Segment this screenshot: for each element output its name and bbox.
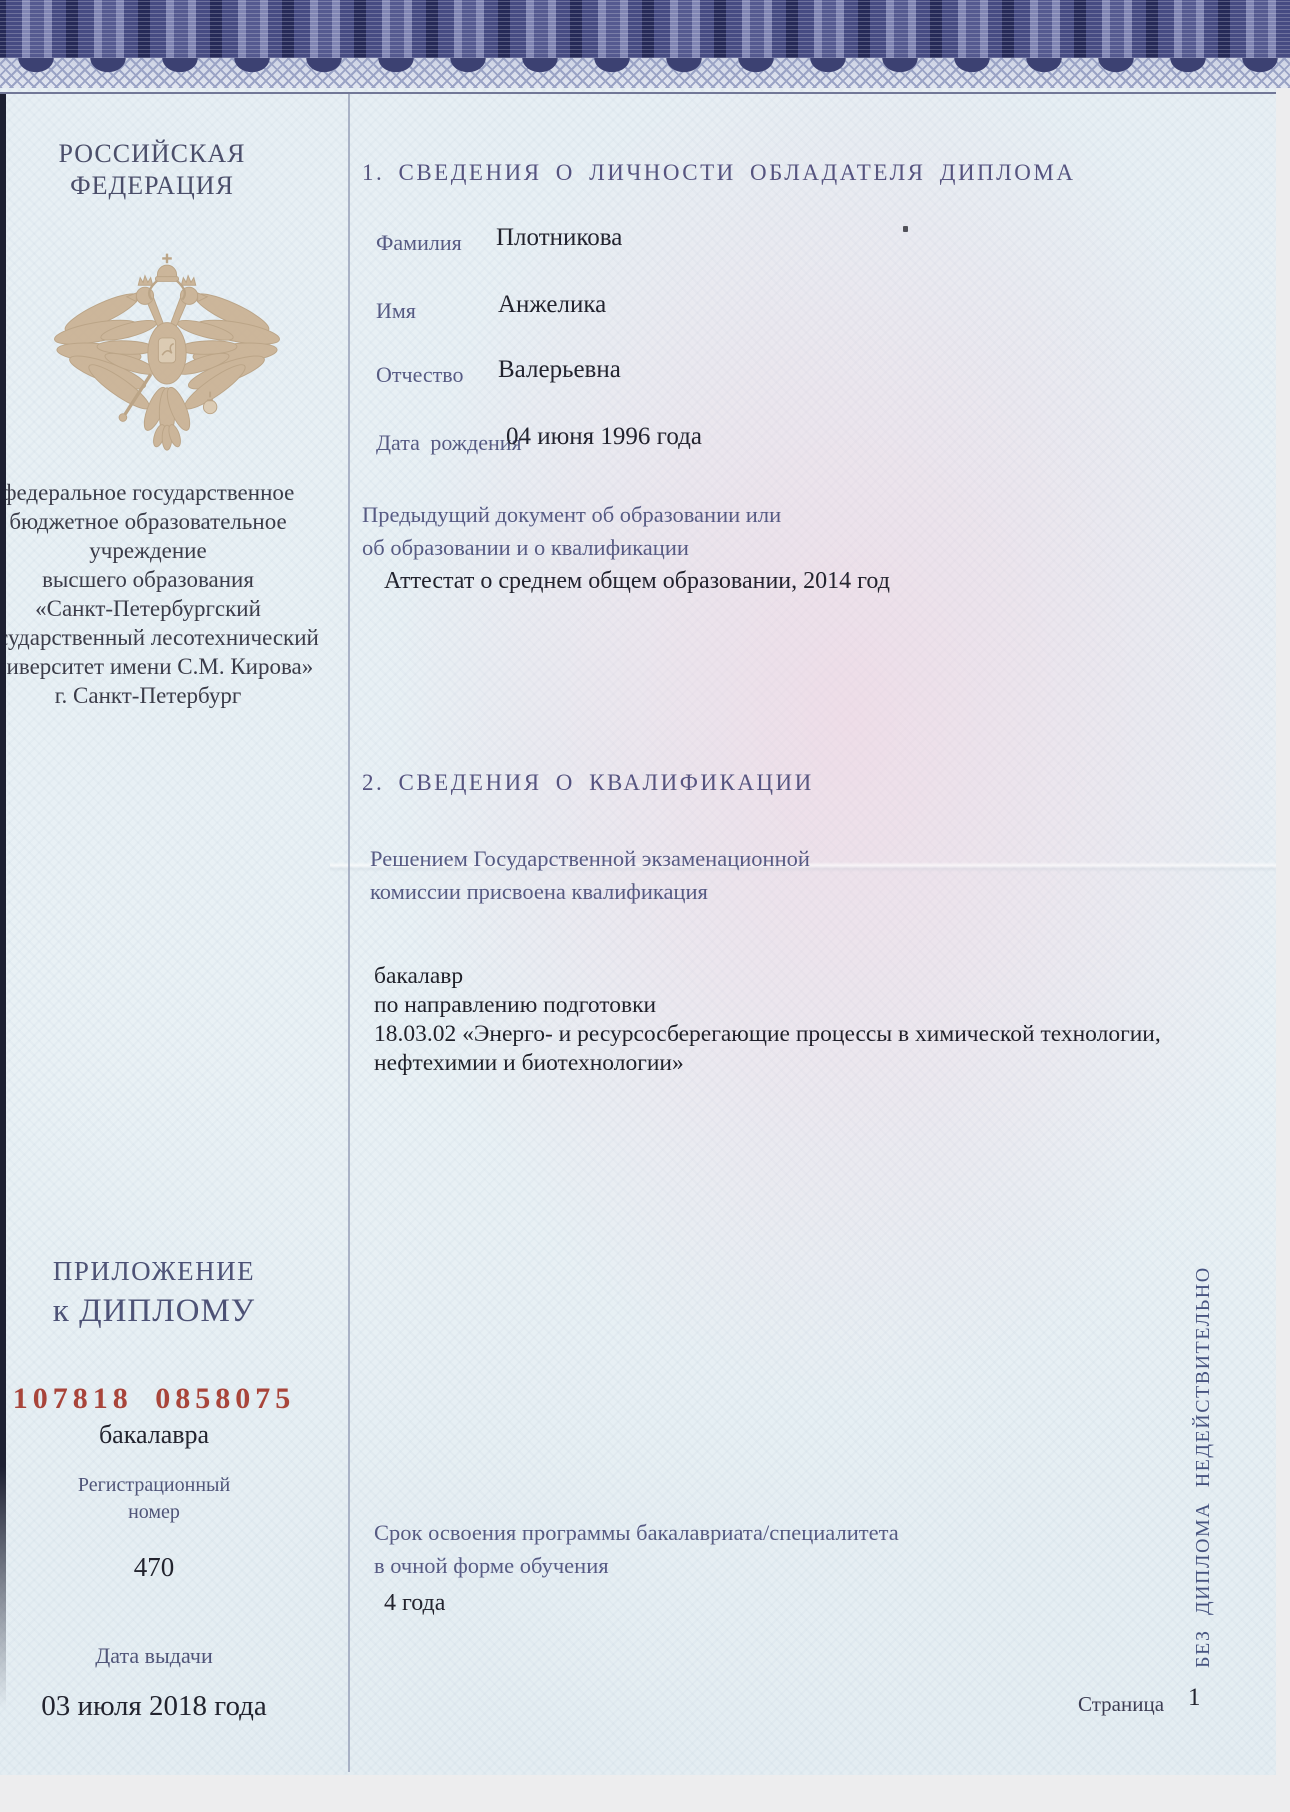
patronymic-label: Отчество	[376, 362, 464, 388]
qualification-program-line2: нефтехимии и биотехнологии»	[374, 1049, 1161, 1078]
supplement-line1: ПРИЛОЖЕНИЕ	[0, 1256, 308, 1287]
blank-number: 107818 0858075	[0, 1382, 308, 1416]
section1-title: 1. СВЕДЕНИЯ О ЛИЧНОСТИ ОБЛАДАТЕЛЯ ДИПЛОМ…	[362, 160, 1075, 186]
country-name: РОССИЙСКАЯ ФЕДЕРАЦИЯ	[0, 138, 304, 202]
issue-date-label: Дата выдачи	[0, 1642, 308, 1669]
diploma-supplement-scan: РОССИЙСКАЯ ФЕДЕРАЦИЯ	[0, 0, 1290, 1812]
reg-label-line1: Регистрационный	[0, 1472, 308, 1499]
country-line2: ФЕДЕРАЦИЯ	[0, 170, 304, 202]
qualification-decision: Решением Государственной экзаменационной…	[370, 842, 810, 908]
russian-coat-of-arms-icon	[52, 236, 282, 461]
page-label: Страница	[1078, 1692, 1164, 1717]
page-number: 1	[1188, 1684, 1201, 1712]
qualification-block: бакалавр по направлению подготовки 18.03…	[374, 962, 1161, 1078]
edge-validity-note: БЕЗ ДИПЛОМА НЕДЕЙСТВИТЕЛЬНО	[1192, 1266, 1215, 1668]
firstname-label: Имя	[376, 298, 416, 324]
institution-line: «Санкт-Петербургский	[0, 594, 348, 623]
column-divider	[348, 94, 350, 1772]
supplement-line2: к ДИПЛОМУ	[0, 1293, 308, 1330]
scan-left-edge	[0, 94, 6, 1709]
decision-line2: комиссии присвоена квалификация	[370, 875, 810, 908]
previous-doc-label-line1: Предыдущий документ об образовании или	[362, 498, 781, 531]
qualification-program-line1: 18.03.02 «Энерго- и ресурсосберегающие п…	[374, 1020, 1161, 1049]
decision-line1: Решением Государственной экзаменационной	[370, 842, 810, 875]
surname-label: Фамилия	[376, 230, 462, 256]
previous-doc-label-line2: об образовании и о квалификации	[362, 531, 781, 564]
header-rule	[0, 92, 1276, 94]
institution-name: федеральное государственное бюджетное об…	[0, 478, 348, 710]
surname-value: Плотникова	[496, 224, 622, 252]
registration-number: 470	[0, 1552, 308, 1583]
previous-doc-label: Предыдущий документ об образовании или о…	[362, 498, 781, 564]
section2-title: 2. СВЕДЕНИЯ О КВАЛИФИКАЦИИ	[362, 770, 814, 796]
duration-label-line1: Срок освоения программы бакалавриата/спе…	[374, 1516, 899, 1549]
duration-label: Срок освоения программы бакалавриата/спе…	[374, 1516, 899, 1582]
issue-date-value: 03 июля 2018 года	[0, 1690, 308, 1723]
previous-doc-value: Аттестат о среднем общем образовании, 20…	[384, 568, 890, 595]
qualification-program-label: по направлению подготовки	[374, 991, 1161, 1020]
guilloche-border	[0, 0, 1290, 92]
guilloche-dark-band	[0, 0, 1290, 58]
country-line1: РОССИЙСКАЯ	[0, 138, 304, 170]
qualification-name: бакалавр	[374, 962, 1161, 991]
patronymic-value: Валерьевна	[498, 356, 621, 384]
registration-number-label: Регистрационный номер	[0, 1472, 308, 1526]
supplement-title: ПРИЛОЖЕНИЕ к ДИПЛОМУ	[0, 1256, 308, 1330]
firstname-value: Анжелика	[498, 291, 606, 319]
reg-label-line2: номер	[0, 1499, 308, 1526]
institution-line: учреждение	[0, 536, 348, 565]
institution-line: бюджетное образовательное	[0, 507, 348, 536]
institution-line: университет имени С.М. Кирова»	[0, 652, 348, 681]
institution-line: федеральное государственное	[0, 478, 348, 507]
duration-value: 4 года	[384, 1590, 445, 1617]
scan-speck	[903, 226, 908, 232]
institution-line: г. Санкт-Петербург	[0, 681, 348, 710]
birthdate-value: 04 июня 1996 года	[506, 423, 702, 451]
guilloche-lace-band	[0, 58, 1290, 88]
degree-genitive: бакалавра	[0, 1420, 308, 1450]
birthdate-label: Дата рождения	[376, 430, 522, 456]
institution-line: государственный лесотехнический	[0, 623, 348, 652]
paper-sheet: РОССИЙСКАЯ ФЕДЕРАЦИЯ	[0, 0, 1276, 1775]
institution-line: высшего образования	[0, 565, 348, 594]
duration-label-line2: в очной форме обучения	[374, 1549, 899, 1582]
